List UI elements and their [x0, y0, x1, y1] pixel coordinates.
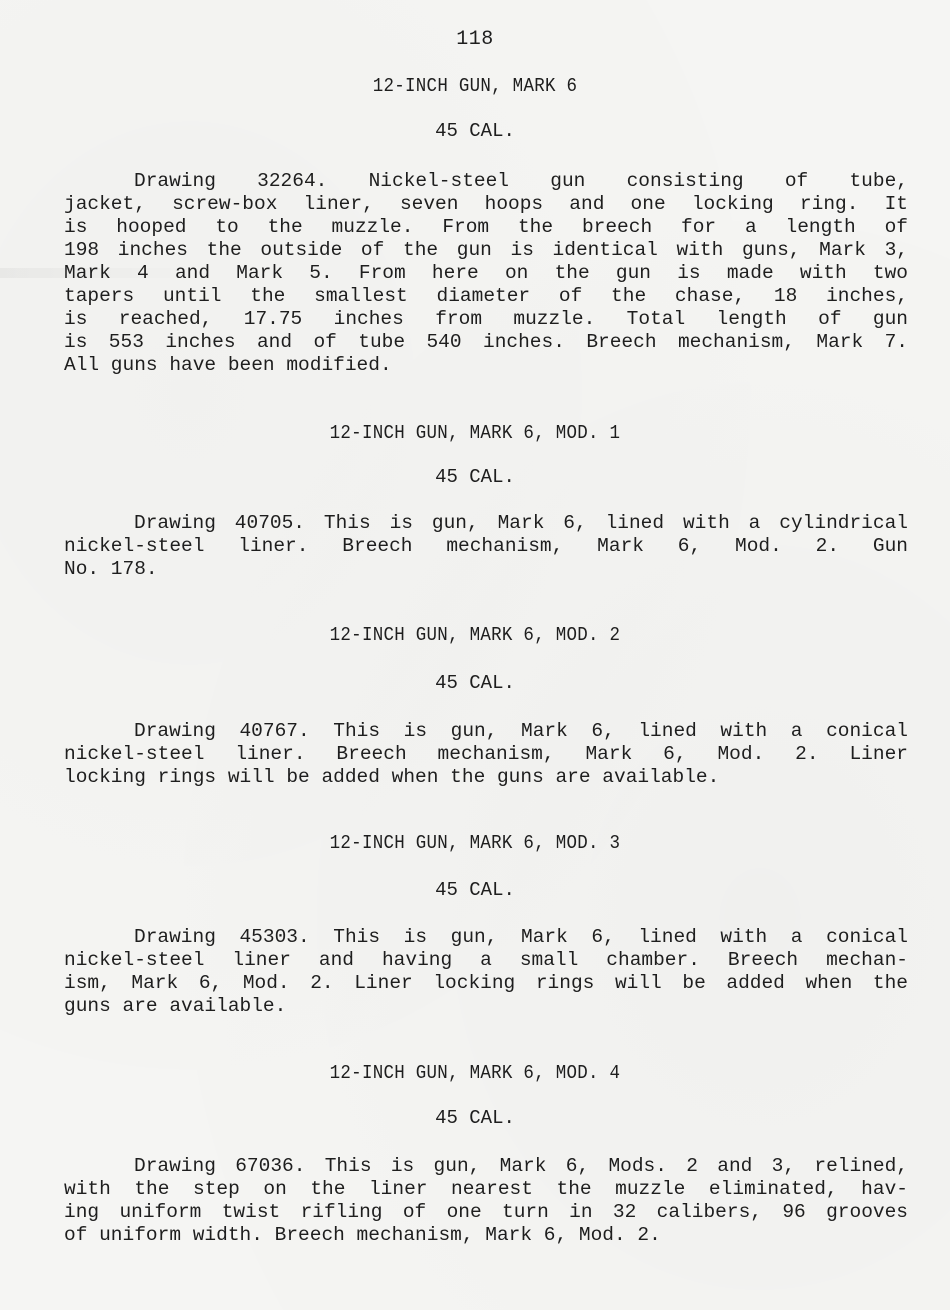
section-caliber: 45 CAL. [0, 879, 950, 901]
paragraph-line: jacket, screw-box liner, seven hoops and… [64, 193, 908, 216]
paragraph-line: is 553 inches and of tube 540 inches. Br… [64, 331, 908, 354]
section-paragraph: Drawing 32264. Nickel-steel gun consisti… [64, 170, 908, 377]
paragraph-line: ing uniform twist rifling of one turn in… [64, 1201, 908, 1224]
paragraph-line: of uniform width. Breech mechanism, Mark… [64, 1224, 908, 1247]
section-paragraph: Drawing 67036. This is gun, Mark 6, Mods… [64, 1155, 908, 1247]
paragraph-line: nickel-steel liner. Breech mechanism, Ma… [64, 535, 908, 558]
paragraph-line: with the step on the liner nearest the m… [64, 1178, 908, 1201]
paragraph-line: Drawing 67036. This is gun, Mark 6, Mods… [64, 1155, 908, 1178]
paragraph-line: Drawing 40767. This is gun, Mark 6, line… [64, 720, 908, 743]
paragraph-line: guns are available. [64, 995, 908, 1018]
paragraph-line: Drawing 32264. Nickel-steel gun consisti… [64, 170, 908, 193]
section-caliber: 45 CAL. [0, 1107, 950, 1129]
page-number: 118 [0, 28, 950, 51]
section-heading: 12-INCH GUN, MARK 6, MOD. 2 [38, 624, 912, 646]
paragraph-line: Mark 4 and Mark 5. From here on the gun … [64, 262, 908, 285]
paragraph-line: is hooped to the muzzle. From the breech… [64, 216, 908, 239]
section-heading: 12-INCH GUN, MARK 6 [38, 75, 912, 97]
paragraph-line: 198 inches the outside of the gun is ide… [64, 239, 908, 262]
paragraph-line: is reached, 17.75 inches from muzzle. To… [64, 308, 908, 331]
section-paragraph: Drawing 45303. This is gun, Mark 6, line… [64, 926, 908, 1018]
section-heading: 12-INCH GUN, MARK 6, MOD. 3 [38, 832, 912, 854]
section-heading: 12-INCH GUN, MARK 6, MOD. 1 [38, 422, 912, 444]
document-page: 118 12-INCH GUN, MARK 6 45 CAL. Drawing … [0, 0, 950, 1310]
paragraph-line: ism, Mark 6, Mod. 2. Liner locking rings… [64, 972, 908, 995]
paragraph-line: No. 178. [64, 558, 908, 581]
section-heading: 12-INCH GUN, MARK 6, MOD. 4 [38, 1062, 912, 1084]
paragraph-line: nickel-steel liner. Breech mechanism, Ma… [64, 743, 908, 766]
paragraph-line: All guns have been modified. [64, 354, 908, 377]
section-paragraph: Drawing 40705. This is gun, Mark 6, line… [64, 512, 908, 581]
paragraph-line: locking rings will be added when the gun… [64, 766, 908, 789]
paragraph-line: tapers until the smallest diameter of th… [64, 285, 908, 308]
section-caliber: 45 CAL. [0, 672, 950, 694]
paragraph-line: Drawing 40705. This is gun, Mark 6, line… [64, 512, 908, 535]
section-paragraph: Drawing 40767. This is gun, Mark 6, line… [64, 720, 908, 789]
section-caliber: 45 CAL. [0, 120, 950, 142]
paragraph-line: Drawing 45303. This is gun, Mark 6, line… [64, 926, 908, 949]
paragraph-line: nickel-steel liner and having a small ch… [64, 949, 908, 972]
section-caliber: 45 CAL. [0, 466, 950, 488]
